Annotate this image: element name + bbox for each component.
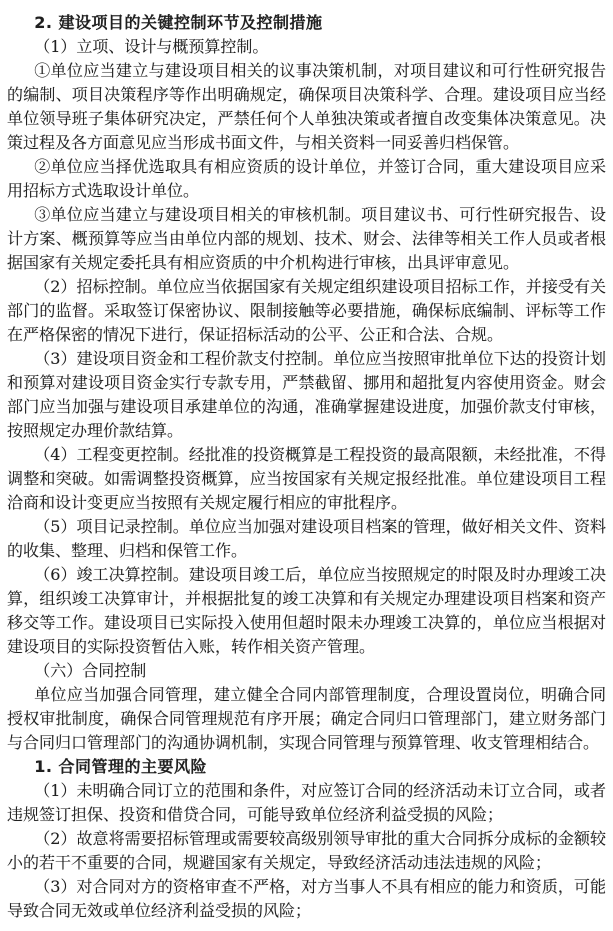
item-project-design-budget: （1）立项、设计与概预算控制。: [7, 35, 606, 59]
heading-key-control-measures: 2. 建设项目的关键控制环节及控制措施: [7, 11, 606, 35]
heading-contract-main-risks: 1. 合同管理的主要风险: [7, 755, 606, 779]
item-engineering-change-control: （4）工程变更控制。经批准的投资概算是工程投资的最高限额，未经批准，不得调整和突…: [7, 443, 606, 515]
risk-item-1: （1）未明确合同订立的范围和条件，对应签订合同的经济活动未订立合同，或者违规签订…: [7, 779, 606, 827]
paragraph-decision-mechanism: ①单位应当建立与建设项目相关的议事决策机制，对项目建议和可行性研究报告的编制、项…: [7, 59, 606, 155]
document-page: 2. 建设项目的关键控制环节及控制措施 （1）立项、设计与概预算控制。 ①单位应…: [0, 0, 613, 931]
risk-item-3: （3）对合同对方的资格审查不严格，对方当事人不具有相应的能力和资质，可能导致合同…: [7, 875, 606, 923]
item-project-record-control: （5）项目记录控制。单位应当加强对建设项目档案的管理，做好相关文件、资料的收集、…: [7, 515, 606, 563]
paragraph-contract-management: 单位应当加强合同管理，建立健全合同内部管理制度，合理设置岗位，明确合同授权审批制…: [7, 683, 606, 755]
risk-item-2: （2）故意将需要招标管理或需要较高级别领导审批的重大合同拆分成标的金额较小的若干…: [7, 827, 606, 875]
item-completion-settlement-control: （6）竣工决算控制。建设项目竣工后，单位应当按照规定的时限及时办理竣工决算，组织…: [7, 563, 606, 659]
item-bidding-control: （2）招标控制。单位应当依据国家有关规定组织建设项目招标工作，并接受有关部门的监…: [7, 275, 606, 347]
section-heading-contract-control: （六）合同控制: [7, 659, 606, 683]
item-funds-payment-control: （3）建设项目资金和工程价款支付控制。单位应当按照审批单位下达的投资计划和预算对…: [7, 347, 606, 443]
paragraph-review-mechanism: ③单位应当建立与建设项目相关的审核机制。项目建议书、可行性研究报告、设计方案、概…: [7, 203, 606, 275]
paragraph-design-unit-selection: ②单位应当择优选取具有相应资质的设计单位，并签订合同，重大建设项目应采用招标方式…: [7, 155, 606, 203]
